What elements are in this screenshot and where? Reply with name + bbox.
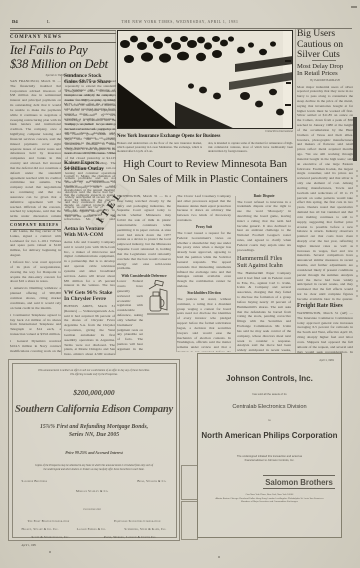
itel-body-col1: SAN FRANCISCO, March 31 — The financiall… [10,79,61,218]
subhead-considerable-deference: With Considerable Deference [117,274,171,278]
freight-body: WASHINGTON, March 31 (AP) — The Intersta… [297,311,353,354]
subhead-basic-dispute: Basic Dispute [237,194,291,198]
sundance-headline-line2: Gains $8.75 a Share [64,79,115,85]
high-court-col2-para1: The Clover Leaf Creamery Company and oth… [177,194,231,223]
sce-bond-description-line1: 15⅞% First and Refunding Mortgage Bonds, [13,423,176,431]
subhead-proxy-suit: Proxy Suit [177,225,231,229]
jci-division-name: Centralab Electronics Division [198,404,341,410]
small-ad-box [181,465,198,500]
high-court-col3: Basic Dispute The Court refused to inter… [237,194,291,352]
hammermill-headline-line2: Suit Against Icahn [237,263,291,270]
vw-headline: VW Gets 96% Stake In Chrysler Fevre [64,290,115,303]
sce-price-line: Price 99.25% and Accrued Interest [13,450,176,455]
photo-caption-left: Brokers and underwriters on the floor of… [117,141,202,153]
kaiser-headline: Kaiser Expects $4 Billion Outlay [64,160,115,173]
underwriter-name: The First Boston Corporation [28,519,70,523]
itel-headline-line2: $38 Million on Debt [10,57,118,71]
underwriter-name: Scott & Stringfellow, Inc. [32,535,70,539]
milk-container-illustration [145,280,171,318]
kaiser-headline-line2: $4 Billion Outlay [64,166,115,172]
underwriter-name: Bear, Stearns & Co. [137,479,166,515]
brief-item: General Dynamics received $104.5 million… [10,339,61,355]
aetna-headline-line2: With M/A-COM [64,232,115,238]
silver-body: Most major industrial users of silver re… [297,85,353,301]
salomon-brothers-wordmark: Salomon Brothers [263,475,335,489]
sce-bond-ad-inner: This announcement is neither an offer to… [12,363,177,538]
scan-artifact-speck [49,551,51,553]
high-court-article: WASHINGTON, March 31 — In a case being w… [117,194,293,352]
company-briefs-list: Air Lanka, the flag carrier of Sri Lanka… [10,229,61,355]
high-court-col1-cont: Lower Federal courts have generally revi… [117,279,171,352]
jci-ad-date: April 1, 1981 [198,359,334,362]
sce-issuer-name: Southern California Edison Company [13,404,176,415]
underwriter-name: Lazard Frères & Co. [77,527,107,531]
sce-disclaimer: This announcement is neither an offer to… [13,369,176,377]
itel-headline-line1: Itel Fails to Pay [10,43,118,57]
scan-artifact-margin-marks [356,170,358,300]
masthead-dateline: THE NEW YORK TIMES, WEDNESDAY, APRIL 1, … [0,20,360,24]
vw-headline-line2: In Chrysler Fevre [64,296,115,302]
high-court-headline-line2: On Sales of Milk in Plastic Containers [117,172,293,187]
sundance-body: The Sundance Oil Company of Denver rose … [64,88,115,157]
hammermill-headline: Hammermill Files Suit Against Icahn [237,256,291,270]
jci-sold-line: has sold all the assets of its [198,392,341,396]
jci-to-word: to [198,418,341,422]
sce-underwriters: Salomon Brothers Morgan Stanley & Co. In… [22,479,167,539]
high-court-headline-line1: High Court to Review Minnesota Ban [117,157,293,172]
subhead-stockholders-election: Stockholders Election [177,291,231,295]
sce-prospectus-note: Copies of the Prospectus may be obtained… [34,464,154,472]
sce-underwriter-row: Salomon Brothers Morgan Stanley & Co. In… [22,479,167,515]
scan-artifact-top-mark [351,6,357,8]
newspaper-page: D4 L THE NEW YORK TIMES, WEDNESDAY, APRI… [0,0,360,568]
freight-headline: Freight Rate Rises [297,303,353,310]
sce-underwriter-row: Scott & Stringfellow, Inc. Paine, Webber… [22,535,167,539]
jci-advisory-note: The undersigned initiated this transacti… [198,455,341,463]
high-court-headline: High Court to Review Minnesota Ban On Sa… [117,157,293,187]
sce-disclaimer-line2: The offering is made only by the Prospec… [13,373,176,377]
photo-caption-right: don, is intended to capture some of the … [208,141,293,153]
high-court-col1-para1: WASHINGTON, March 31 — In a case being w… [117,194,171,271]
high-court-col1: WASHINGTON, March 31 — In a case being w… [117,194,171,352]
silver-subheadline: Most Delay Drop In Retail Prices [297,63,353,78]
brief-item: Continental Telephone agreed to buy back… [10,313,61,337]
sce-underwriter-row: Halsey, Stuart & Co. Inc. Lazard Frères … [22,527,167,531]
brief-item: America's Distilling withdrew a planned … [10,286,61,310]
jci-address-block: One New York Plaza, New York, New York 1… [198,494,341,505]
sce-bond-description: 15⅞% First and Refunding Mortgage Bonds,… [13,423,176,439]
header-rule-2 [10,30,116,31]
underwriter-name: Paine, Webber, Jackson & Curtis Inc. [104,535,157,539]
jci-address-line3: Members of Major Securities and Commodit… [198,501,341,505]
sce-ad-date: April 1, 1981 [22,544,176,547]
high-court-col2: The Clover Leaf Creamery Company and oth… [177,194,231,352]
trading-floor-photo-image [117,30,293,129]
kaiser-body: Cornell C. Maier, the chairman of the Ka… [64,174,115,223]
company-news-kicker: COMPANY NEWS [10,33,116,43]
sundance-headline: Sundance Stock Gains $8.75 a Share [64,73,115,86]
sce-offering-amount: $200,000,000 [13,388,176,397]
column-rule [295,29,296,353]
underwriter-name: Salomon Brothers [22,479,48,515]
underwriter-name: Halsey, Stuart & Co. Inc. [22,527,59,531]
trading-floor-photo [117,30,293,129]
jci-seller-name: Johnson Controls, Inc. [198,374,341,383]
high-court-col1-para2: Lower Federal courts have generally revi… [117,279,143,352]
aetna-headline: Aetna in Venture With M/A-COM [64,226,115,239]
sce-bond-ad: This announcement is neither an offer to… [8,359,180,541]
brief-item: Inforex Inc. won court approval of its p… [10,260,61,284]
high-court-col2-para2: The Court issued a request for the Feder… [177,231,231,289]
vw-body: BUENOS AIRES, March 31 (Reuters) — Volks… [64,304,115,355]
sce-underwriter-row: The First Boston Corporation Equitable S… [22,519,167,523]
jci-buyer-name: North American Philips Corporation [198,431,341,440]
underwriter-name: Morgan Stanley & Co. Incorporated [76,479,108,515]
sce-bond-description-line2: Series NN, Due 2005 [13,431,176,439]
aetna-body: Aetna Life and Casualty Company said it … [64,240,115,287]
hammermill-body: The Hammermill Paper Company said it had… [237,271,291,352]
photo-caption: Brokers and underwriters on the floor of… [117,141,293,153]
jci-advisory-line2: financial adviser to Johnson Controls, I… [198,459,341,463]
itel-headline: Itel Fails to Pay $38 Million on Debt [10,43,118,71]
photo-caption-title: New York Insurance Exchange Opens for Bu… [117,134,293,139]
silver-subheadline-line2: In Retail Prices [297,70,353,77]
silver-subheadline-line1: Most Delay Drop [297,63,353,70]
underwriter-name: Equitable Securities Corporation [114,519,160,523]
high-court-col2-para3: The justices let stand, without comment,… [177,297,231,352]
scan-artifact-speck [218,556,220,558]
silver-headline: Big Users Cautious on Silver Cuts [297,29,353,61]
underwriter-name: Schneider, Stein & Kahn, Inc. [124,527,166,531]
headline-divider-rule [312,60,336,61]
small-ad-box [181,501,198,540]
silver-byline: By ISADORE BARMASH [297,79,353,82]
high-court-col3-para1: The Court refused to intervene in a trad… [237,200,291,253]
scan-artifact-dark-strip [353,117,357,161]
brief-item: Air Lanka, the flag carrier of Sri Lanka… [10,229,61,258]
silver-headline-line1: Big Users [297,29,353,40]
johnson-controls-ad: April 1, 1981 Johnson Controls, Inc. has… [197,353,342,538]
